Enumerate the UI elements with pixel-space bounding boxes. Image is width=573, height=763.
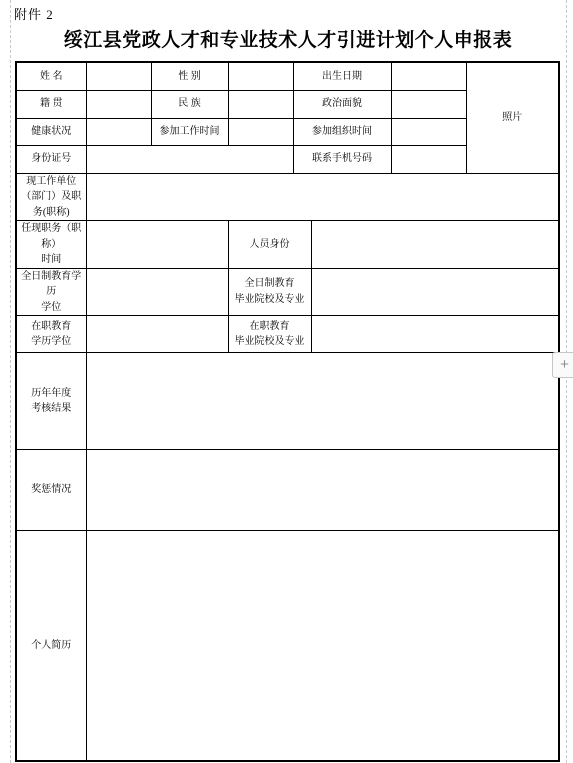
onjob-education-degree-value-cell[interactable] [86, 316, 228, 353]
name-value-cell[interactable] [86, 62, 151, 90]
org-join-time-value-cell[interactable] [391, 118, 466, 145]
application-form-table: 姓 名 性 别 出生日期 照片 籍 贯 民 族 政治面貌 健康状况 参加工作时间… [15, 61, 560, 762]
onjob-education-degree-label: 在职教育 学历学位 [16, 316, 86, 353]
native-place-label: 籍 贯 [16, 90, 86, 118]
current-unit-position-label: 现工作单位（部门）及职务(职称) [16, 173, 86, 221]
current-position-time-value-cell[interactable] [86, 221, 228, 269]
table-row: 历年年度 考核结果 [16, 353, 559, 450]
work-start-time-label: 参加工作时间 [151, 118, 228, 145]
fulltime-school-major-label: 全日制教育 毕业院校及专业 [228, 268, 311, 316]
ethnicity-label: 民 族 [151, 90, 228, 118]
native-place-value-cell[interactable] [86, 90, 151, 118]
table-row: 现工作单位（部门）及职务(职称) [16, 173, 559, 221]
text-boundary-left [10, 0, 11, 763]
current-unit-position-value-cell[interactable] [86, 173, 559, 221]
attachment-label: 附件 2 [14, 4, 54, 23]
text-boundary-right [566, 0, 567, 763]
gender-value-cell[interactable] [228, 62, 293, 90]
personnel-identity-value-cell[interactable] [311, 221, 559, 269]
onjob-school-major-value-cell[interactable] [311, 316, 559, 353]
mobile-number-label: 联系手机号码 [293, 145, 391, 173]
ethnicity-value-cell[interactable] [228, 90, 293, 118]
fulltime-education-degree-value-cell[interactable] [86, 268, 228, 316]
id-number-value-cell[interactable] [86, 145, 293, 173]
onjob-school-major-label: 在职教育 毕业院校及专业 [228, 316, 311, 353]
personnel-identity-label: 人员身份 [228, 221, 311, 269]
add-row-button[interactable]: + [552, 352, 573, 378]
annual-assessment-value-cell[interactable] [86, 353, 559, 450]
personal-resume-label: 个人简历 [16, 531, 86, 761]
annual-assessment-label: 历年年度 考核结果 [16, 353, 86, 450]
name-label: 姓 名 [16, 62, 86, 90]
rewards-punishments-label: 奖惩情况 [16, 450, 86, 531]
health-status-label: 健康状况 [16, 118, 86, 145]
table-row: 奖惩情况 [16, 450, 559, 531]
table-row: 任现职务（职称） 时间 人员身份 [16, 221, 559, 269]
political-status-label: 政治面貌 [293, 90, 391, 118]
photo-cell[interactable]: 照片 [466, 62, 559, 173]
document-page: 附件 2 绥江县党政人才和专业技术人才引进计划个人申报表 姓 名 性 别 出生日… [0, 0, 573, 763]
personal-resume-value-cell[interactable] [86, 531, 559, 761]
page-title: 绥江县党政人才和专业技术人才引进计划个人申报表 [10, 25, 566, 52]
rewards-punishments-value-cell[interactable] [86, 450, 559, 531]
org-join-time-label: 参加组织时间 [293, 118, 391, 145]
birth-date-label: 出生日期 [293, 62, 391, 90]
table-row: 全日制教育学历 学位 全日制教育 毕业院校及专业 [16, 268, 559, 316]
current-position-time-label: 任现职务（职称） 时间 [16, 221, 86, 269]
political-status-value-cell[interactable] [391, 90, 466, 118]
birth-date-value-cell[interactable] [391, 62, 466, 90]
table-row: 个人简历 [16, 531, 559, 761]
work-start-time-value-cell[interactable] [228, 118, 293, 145]
mobile-number-value-cell[interactable] [391, 145, 466, 173]
plus-icon: + [560, 356, 569, 373]
table-row: 在职教育 学历学位 在职教育 毕业院校及专业 [16, 316, 559, 353]
fulltime-school-major-value-cell[interactable] [311, 268, 559, 316]
fulltime-education-degree-label: 全日制教育学历 学位 [16, 268, 86, 316]
id-number-label: 身份证号 [16, 145, 86, 173]
health-status-value-cell[interactable] [86, 118, 151, 145]
table-row: 姓 名 性 别 出生日期 照片 [16, 62, 559, 90]
gender-label: 性 别 [151, 62, 228, 90]
